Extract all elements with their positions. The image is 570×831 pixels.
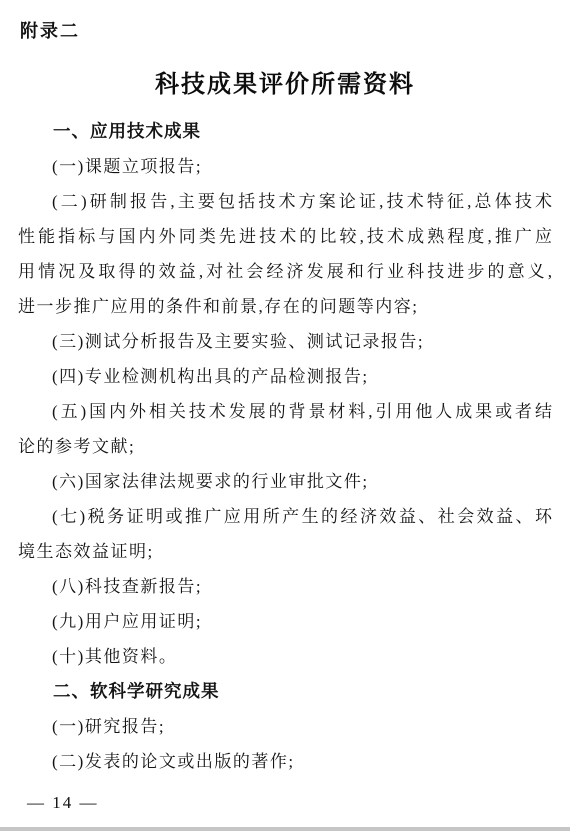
section-heading-soft-science: 二、软科学研究成果 — [18, 674, 552, 709]
list-item: (二)发表的论文或出版的著作; — [18, 744, 552, 779]
list-item-continuation: 用情况及取得的效益,对社会经济发展和行业科技进步的意义, — [18, 254, 552, 289]
list-item: (一)课题立项报告; — [18, 149, 552, 184]
list-item: (四)专业检测机构出具的产品检测报告; — [18, 359, 552, 394]
page-number: — 14 — — [27, 793, 99, 813]
list-item: (六)国家法律法规要求的行业审批文件; — [18, 464, 552, 499]
list-item-continuation: 进一步推广应用的条件和前景,存在的问题等内容; — [18, 289, 552, 324]
scan-edge-artifact — [0, 827, 570, 831]
page-title: 科技成果评价所需资料 — [0, 64, 570, 99]
list-item-continuation: 论的参考文献; — [18, 429, 552, 464]
list-item: (七)税务证明或推广应用所产生的经济效益、社会效益、环 — [18, 499, 552, 534]
section-heading-applied-tech: 一、应用技术成果 — [18, 114, 552, 149]
list-item: (三)测试分析报告及主要实验、测试记录报告; — [18, 324, 552, 359]
list-item: (八)科技查新报告; — [18, 569, 552, 604]
document-body: 一、应用技术成果 (一)课题立项报告; (二)研制报告,主要包括技术方案论证,技… — [18, 114, 552, 779]
appendix-label: 附录二 — [20, 17, 80, 43]
list-item: (二)研制报告,主要包括技术方案论证,技术特征,总体技术 — [18, 184, 552, 219]
list-item: (五)国内外相关技术发展的背景材料,引用他人成果或者结 — [18, 394, 552, 429]
list-item: (一)研究报告; — [18, 709, 552, 744]
list-item: (九)用户应用证明; — [18, 604, 552, 639]
list-item-continuation: 境生态效益证明; — [18, 534, 552, 569]
document-page: 附录二 科技成果评价所需资料 一、应用技术成果 (一)课题立项报告; (二)研制… — [0, 0, 570, 831]
list-item-continuation: 性能指标与国内外同类先进技术的比较,技术成熟程度,推广应 — [18, 219, 552, 254]
list-item: (十)其他资料。 — [18, 639, 552, 674]
